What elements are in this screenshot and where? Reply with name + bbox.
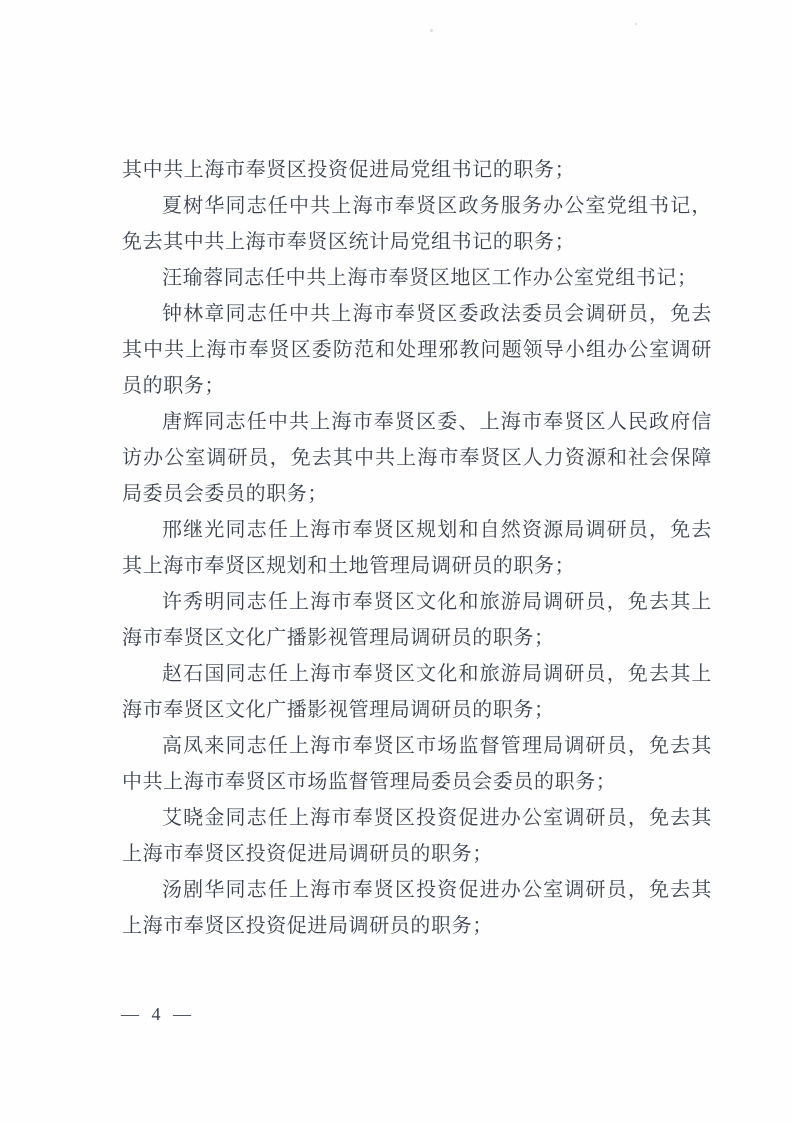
document-page: 其中共上海市奉贤区投资促进局党组书记的职务； 夏树华同志任中共上海市奉贤区政务服… — [0, 0, 793, 1122]
paragraph-appointment: 唐辉同志任中共上海市奉贤区委、上海市奉贤区人民政府信访办公室调研员，免去其中共上… — [122, 404, 712, 512]
paragraph-appointment: 邢继光同志任上海市奉贤区规划和自然资源局调研员，免去其上海市奉贤区规划和土地管理… — [122, 512, 712, 584]
paragraph-appointment: 许秀明同志任上海市奉贤区文化和旅游局调研员，免去其上海市奉贤区文化广播影视管理局… — [122, 584, 712, 656]
paragraph-appointment: 艾晓金同志任上海市奉贤区投资促进办公室调研员，免去其上海市奉贤区投资促进局调研员… — [122, 800, 712, 872]
scan-speck — [635, 23, 637, 25]
paragraph-appointment: 汤剧华同志任上海市奉贤区投资促进办公室调研员，免去其上海市奉贤区投资促进局调研员… — [122, 872, 712, 944]
paragraph-continuation: 其中共上海市奉贤区投资促进局党组书记的职务； — [122, 152, 712, 188]
paragraph-appointment: 钟林章同志任中共上海市奉贤区委政法委员会调研员，免去其中共上海市奉贤区委防范和处… — [122, 296, 712, 404]
paragraph-appointment: 汪瑜蓉同志任中共上海市奉贤区地区工作办公室党组书记； — [122, 260, 712, 296]
document-body-text: 其中共上海市奉贤区投资促进局党组书记的职务； 夏树华同志任中共上海市奉贤区政务服… — [122, 152, 712, 944]
scan-speck — [430, 29, 433, 32]
page-number: — 4 — — [121, 1002, 195, 1026]
paragraph-appointment: 夏树华同志任中共上海市奉贤区政务服务办公室党组书记，免去其中共上海市奉贤区统计局… — [122, 188, 712, 260]
paragraph-appointment: 高凤来同志任上海市奉贤区市场监督管理局调研员，免去其中共上海市奉贤区市场监督管理… — [122, 728, 712, 800]
paragraph-appointment: 赵石国同志任上海市奉贤区文化和旅游局调研员，免去其上海市奉贤区文化广播影视管理局… — [122, 656, 712, 728]
